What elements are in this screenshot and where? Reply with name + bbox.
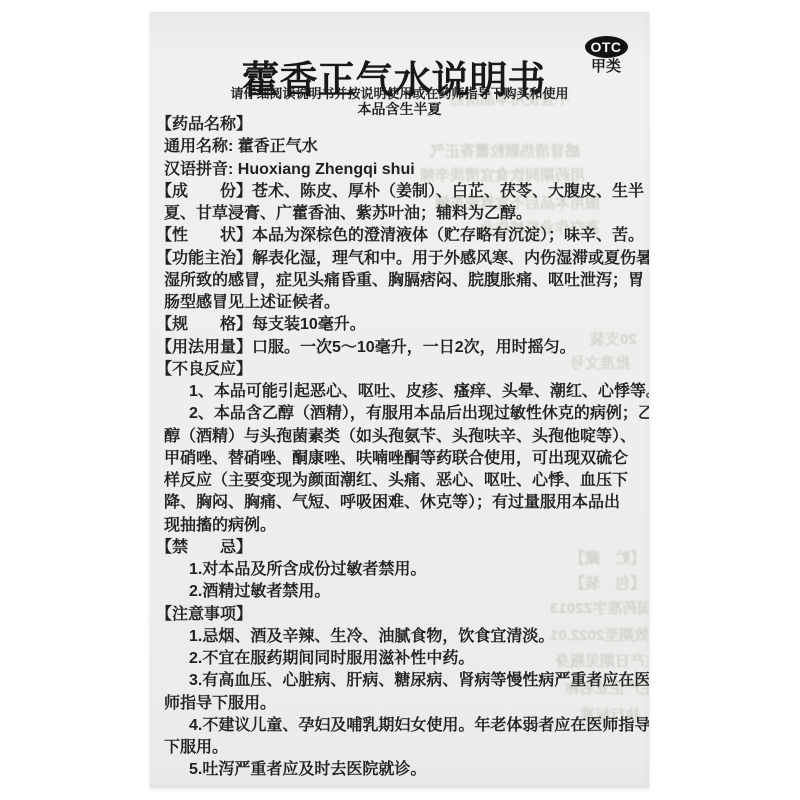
body-line: 2、本品含乙醇（酒精），有服用本品后出现过敏性休克的病例；乙 — [189, 403, 647, 425]
body-line: 1、本品可能引起恶心、呕吐、皮疹、瘙痒、头晕、潮红、心悸等。 — [189, 381, 647, 403]
body-line: 3.有高血压、心脏病、肝病、糖尿病、肾病等慢性病严重者应在医 — [189, 670, 647, 692]
body-line: 4.不建议儿童、孕妇及哺乳期妇女使用。年老体弱者应在医师指导 — [189, 715, 647, 737]
body-line: 通用名称: 藿香正气水 — [164, 136, 647, 158]
body-line: 1.对本品及所含成份过敏者禁用。 — [189, 559, 647, 581]
body-line: 【注意事项】 — [156, 604, 647, 626]
read-instructions-notice: 请仔细阅读说明书并按说明使用或在药师指导下购买和使用 — [150, 87, 649, 101]
body-line: 降、胸闷、胸痛、气短、呼吸困难、休克等）；有过量服用本品出 — [164, 492, 647, 514]
body-line: 师指导下服用。 — [164, 693, 647, 715]
body-text: 【药品名称】通用名称: 藿香正气水汉语拼音: Huoxiang Zhengqi … — [156, 114, 647, 782]
body-line: 醇（酒精）与头孢菌素类（如头孢氨苄、头孢呋辛、头孢他啶等）、 — [164, 426, 647, 448]
body-line: 【用法用量】口服。一次5～10毫升，一日2次，用时摇匀。 — [156, 337, 647, 359]
body-line: 湿所致的感冒，症见头痛昏重、胸膈痞闷、脘腹胀痛、呕吐泄泻；胃 — [164, 270, 647, 292]
body-line: 夏、甘草浸膏、广藿香油、紫苏叶油；辅料为乙醇。 — [164, 203, 647, 225]
otc-class-label: 甲类 — [583, 59, 629, 75]
body-line: 【禁 忌】 — [156, 537, 647, 559]
body-line: 【不良反应】 — [156, 359, 647, 381]
body-line: 1.忌烟、酒及辛辣、生冷、油腻食物，饮食宜清淡。 — [189, 626, 647, 648]
body-line: 【性 状】本品为深棕色的澄清液体（贮存略有沉淀）；味辛、苦。 — [156, 225, 647, 247]
body-line: 2.不宜在服药期间同时服用滋补性中药。 — [189, 648, 647, 670]
body-line: 【药品名称】 — [156, 114, 647, 136]
body-line: 甲硝唑、替硝唑、酮康唑、呋喃唑酮等药联合使用，可出现双硫仑 — [164, 448, 647, 470]
body-line: 汉语拼音: Huoxiang Zhengqi shui — [164, 159, 647, 181]
body-line: 下服用。 — [164, 737, 647, 759]
otc-badge: OTC 甲类 — [583, 36, 629, 75]
body-line: 【功能主治】解表化湿，理气和中。用于外感风寒、内伤湿滞或夏伤暑 — [156, 248, 647, 270]
body-line: 样反应（主要变现为颜面潮红、头痛、恶心、呕吐、心悸、血压下 — [164, 470, 647, 492]
body-line: 现抽搐的病例。 — [164, 515, 647, 537]
body-line: 【成 份】苍术、陈皮、厚朴（姜制）、白芷、茯苓、大腹皮、生半 — [156, 181, 647, 203]
otc-icon: OTC — [585, 36, 628, 58]
body-line: 【规 格】每支装10毫升。 — [156, 314, 647, 336]
body-line: 5.吐泻严重者应及时去医院就诊。 — [189, 759, 647, 781]
body-line: 肠型感冒见上述证候者。 — [164, 292, 647, 314]
leaflet-paper: 不宜使用本品清热感冒清热颗粒藿香正气用药期间饮食宜清淡辛辣服用本品后不宜驾驶车辆… — [150, 12, 649, 788]
body-line: 2.酒精过敏者禁用。 — [189, 581, 647, 603]
page-background: 不宜使用本品清热感冒清热颗粒藿香正气用药期间饮食宜清淡辛辣服用本品后不宜驾驶车辆… — [0, 0, 800, 800]
